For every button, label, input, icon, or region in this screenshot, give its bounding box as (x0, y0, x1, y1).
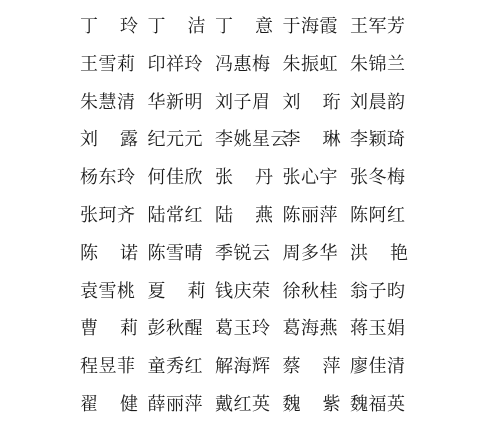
name-entry: 印祥玲 (148, 50, 206, 80)
name-entry: 朱锦兰 (350, 50, 408, 80)
name-entry: 刘露 (80, 125, 138, 155)
name-entry: 王军芳 (350, 12, 408, 42)
name-entry: 袁雪桃 (80, 277, 138, 307)
name-entry: 李琳 (283, 125, 341, 155)
name-entry: 周多华 (283, 239, 341, 269)
name-entry: 刘晨韵 (350, 88, 408, 118)
name-entry: 陈雪晴 (148, 239, 206, 269)
name-entry: 翁子昀 (350, 277, 408, 307)
name-entry: 张珂齐 (80, 201, 138, 231)
name-entry: 丁意 (215, 12, 273, 42)
name-entry: 李姚星云 (215, 125, 273, 155)
name-entry: 刘珩 (283, 88, 341, 118)
name-entry: 魏福英 (350, 390, 408, 420)
name-entry: 解海辉 (215, 352, 273, 382)
name-entry: 于海霞 (283, 12, 341, 42)
name-entry: 朱慧清 (80, 88, 138, 118)
name-list: 丁玲丁洁丁意于海霞王军芳王雪莉印祥玲冯惠梅朱振虹朱锦兰朱慧清华新明刘子眉刘珩刘晨… (80, 12, 418, 423)
name-entry: 冯惠梅 (215, 50, 273, 80)
name-entry: 翟健 (80, 390, 138, 420)
name-entry: 葛玉玲 (215, 314, 273, 344)
name-entry: 丁洁 (148, 12, 206, 42)
name-entry: 张丹 (215, 163, 273, 193)
name-entry: 徐秋桂 (283, 277, 341, 307)
name-entry: 陈诺 (80, 239, 138, 269)
name-entry: 陆常红 (148, 201, 206, 231)
name-entry: 纪元元 (148, 125, 206, 155)
name-entry: 张冬梅 (350, 163, 408, 193)
name-entry: 魏紫 (283, 390, 341, 420)
name-entry: 廖佳清 (350, 352, 408, 382)
name-entry: 钱庆荣 (215, 277, 273, 307)
name-entry: 洪艳 (350, 239, 408, 269)
name-entry: 曹莉 (80, 314, 138, 344)
name-entry: 薛丽萍 (148, 390, 206, 420)
name-entry: 华新明 (148, 88, 206, 118)
name-entry: 何佳欣 (148, 163, 206, 193)
name-entry: 蒋玉娟 (350, 314, 408, 344)
name-entry: 季锐云 (215, 239, 273, 269)
name-entry: 童秀红 (148, 352, 206, 382)
name-entry: 李颖琦 (350, 125, 408, 155)
name-entry: 刘子眉 (215, 88, 273, 118)
name-entry: 杨东玲 (80, 163, 138, 193)
name-entry: 陈阿红 (350, 201, 408, 231)
name-entry: 王雪莉 (80, 50, 138, 80)
name-entry: 夏莉 (148, 277, 206, 307)
name-entry: 葛海燕 (283, 314, 341, 344)
name-entry: 彭秋醒 (148, 314, 206, 344)
name-entry: 程昱菲 (80, 352, 138, 382)
name-entry: 张心宇 (283, 163, 341, 193)
name-entry: 朱振虹 (283, 50, 341, 80)
name-entry: 陆燕 (215, 201, 273, 231)
name-entry: 戴红英 (215, 390, 273, 420)
name-entry: 陈丽萍 (283, 201, 341, 231)
name-entry: 丁玲 (80, 12, 138, 42)
name-entry: 蔡萍 (283, 352, 341, 382)
